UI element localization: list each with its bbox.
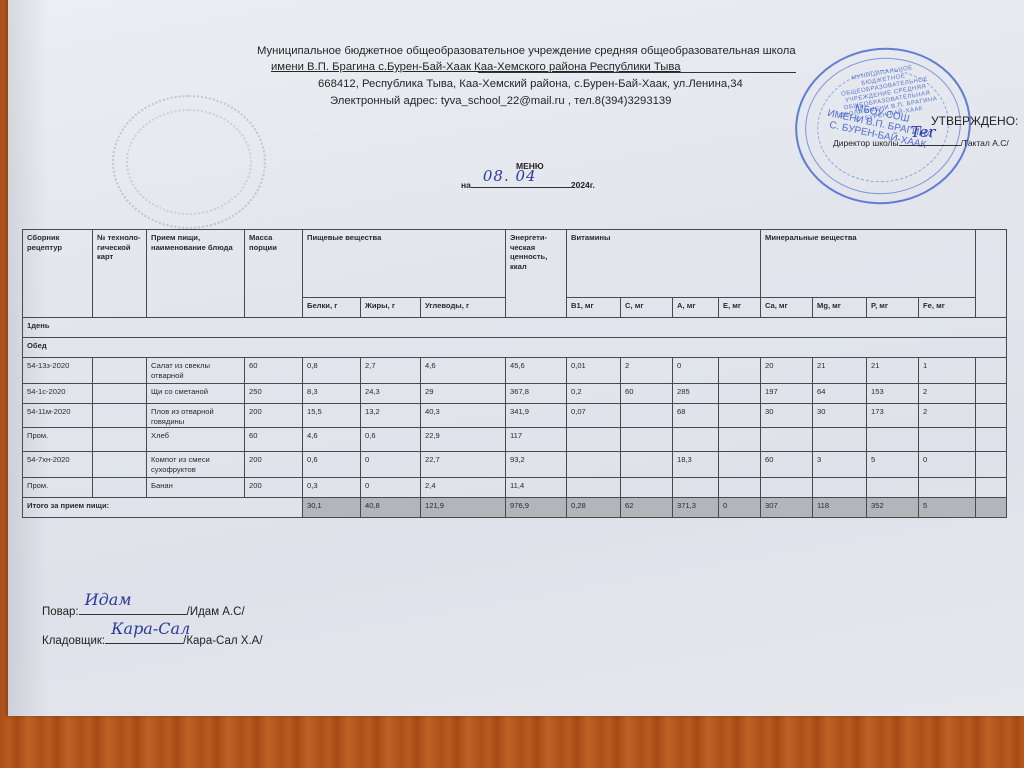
header-underline bbox=[478, 72, 796, 73]
cell-a bbox=[672, 427, 719, 452]
total-protein: 30,1 bbox=[302, 497, 361, 518]
cell-mg bbox=[812, 427, 867, 452]
cell-energy: 117 bbox=[505, 427, 567, 452]
cell-fe bbox=[918, 427, 976, 452]
cell-fat: 13,2 bbox=[360, 403, 421, 428]
total-c: 62 bbox=[620, 497, 673, 518]
cell-protein: 0,3 bbox=[302, 477, 361, 498]
cell-ca bbox=[760, 427, 813, 452]
cook-signature-line: Повар:Идам/Идам А.С/ bbox=[42, 602, 245, 618]
cell-fe: 2 bbox=[918, 403, 976, 428]
cell-tech bbox=[92, 477, 147, 498]
cell-portion: 60 bbox=[244, 427, 303, 452]
cell-tech bbox=[92, 403, 147, 428]
cell-ca bbox=[760, 477, 813, 498]
total-label: Итого за прием пищи: bbox=[22, 497, 303, 518]
cell-dish: Щи со сметаной bbox=[146, 383, 245, 404]
cell-c bbox=[620, 477, 673, 498]
cell-b1: 0,07 bbox=[566, 403, 621, 428]
cell-carbs: 40,3 bbox=[420, 403, 506, 428]
header-tech-card: № техноло-гической карт bbox=[92, 229, 147, 318]
cell-energy: 367,8 bbox=[505, 383, 567, 404]
subheader-a: A, мг bbox=[672, 297, 719, 318]
header-minerals: Минеральные вещества bbox=[760, 229, 976, 298]
storekeeper-label: Кладовщик: bbox=[42, 635, 105, 647]
cell-mg: 64 bbox=[812, 383, 867, 404]
header-energy: Энергети-ческая ценность, ккал bbox=[505, 229, 567, 318]
cook-signature: Идам bbox=[85, 590, 132, 609]
cell-c bbox=[620, 451, 673, 478]
cell-e bbox=[718, 477, 761, 498]
header-portion: Масса порции bbox=[244, 229, 303, 318]
subheader-fat: Жиры, г bbox=[360, 297, 421, 318]
cell-fe bbox=[918, 477, 976, 498]
cell-extra bbox=[975, 427, 1007, 452]
cell-ca: 197 bbox=[760, 383, 813, 404]
total-p: 352 bbox=[866, 497, 919, 518]
date-prefix: на bbox=[461, 180, 471, 190]
cell-carbs: 4,6 bbox=[420, 357, 506, 384]
cell-dish: Салат из свеклы отварной bbox=[146, 357, 245, 384]
cell-b1: 0,01 bbox=[566, 357, 621, 384]
cell-p: 153 bbox=[866, 383, 919, 404]
cell-carbs: 22,9 bbox=[420, 427, 506, 452]
faded-stamp-imprint bbox=[112, 95, 266, 229]
cell-a: 68 bbox=[672, 403, 719, 428]
cell-mg: 3 bbox=[812, 451, 867, 478]
cell-ca: 60 bbox=[760, 451, 813, 478]
subheader-c: C, мг bbox=[620, 297, 673, 318]
cell-mg bbox=[812, 477, 867, 498]
cell-collection: 54-7хн-2020 bbox=[22, 451, 93, 478]
header-meal-dish: Прием пищи, наименование блюда bbox=[146, 229, 245, 318]
subheader-b1: B1, мг bbox=[566, 297, 621, 318]
total-b1: 0,28 bbox=[566, 497, 621, 518]
school-name-line-1: Муниципальное бюджетное общеобразователь… bbox=[257, 45, 796, 57]
cell-mg: 21 bbox=[812, 357, 867, 384]
cell-e bbox=[718, 427, 761, 452]
cell-a bbox=[672, 477, 719, 498]
total-extra bbox=[975, 497, 1007, 518]
header-nutrients: Пищевые вещества bbox=[302, 229, 506, 298]
school-address: 668412, Республика Тыва, Каа-Хемский рай… bbox=[318, 78, 743, 90]
total-energy: 976,9 bbox=[505, 497, 567, 518]
cell-e bbox=[718, 357, 761, 384]
cell-tech bbox=[92, 383, 147, 404]
cell-b1 bbox=[566, 477, 621, 498]
cell-fe: 1 bbox=[918, 357, 976, 384]
cook-name: /Идам А.С/ bbox=[187, 606, 245, 618]
header-extra bbox=[975, 229, 1007, 318]
director-label: Директор школы bbox=[833, 138, 899, 148]
cell-dish: Компот из смеси сухофруктов bbox=[146, 451, 245, 478]
storekeeper-signature: Кара-Сал bbox=[111, 619, 190, 638]
cell-protein: 4,6 bbox=[302, 427, 361, 452]
cell-portion: 250 bbox=[244, 383, 303, 404]
cell-b1 bbox=[566, 427, 621, 452]
header-collection: Сборник рецептур bbox=[22, 229, 93, 318]
cell-extra bbox=[975, 451, 1007, 478]
total-ca: 307 bbox=[760, 497, 813, 518]
director-name: /Тактал А.С/ bbox=[961, 138, 1009, 148]
cell-a: 285 bbox=[672, 383, 719, 404]
date-blank: 08. 04 bbox=[471, 177, 571, 188]
date-handwritten: 08. 04 bbox=[483, 167, 537, 185]
cell-fat: 0 bbox=[360, 477, 421, 498]
director-signature-line: Директор школыTer/Тактал А.С/ bbox=[833, 137, 1009, 148]
cell-dish: Плов из отварной говядины bbox=[146, 403, 245, 428]
cell-p bbox=[866, 427, 919, 452]
storekeeper-signature-line: Кладовщик:Кара-Сал/Кара-Сал Х.А/ bbox=[42, 631, 263, 647]
cell-fat: 2,7 bbox=[360, 357, 421, 384]
total-e: 0 bbox=[718, 497, 761, 518]
date-suffix: 2024г. bbox=[571, 180, 595, 190]
total-carbs: 121,9 bbox=[420, 497, 506, 518]
cell-tech bbox=[92, 357, 147, 384]
cell-fe: 2 bbox=[918, 383, 976, 404]
total-fe: 5 bbox=[918, 497, 976, 518]
cell-energy: 45,6 bbox=[505, 357, 567, 384]
cell-energy: 11,4 bbox=[505, 477, 567, 498]
storekeeper-name: /Кара-Сал Х.А/ bbox=[183, 635, 262, 647]
cell-extra bbox=[975, 403, 1007, 428]
cell-protein: 0,6 bbox=[302, 451, 361, 478]
subheader-p: P, мг bbox=[866, 297, 919, 318]
cell-p bbox=[866, 477, 919, 498]
cell-extra bbox=[975, 383, 1007, 404]
cell-c bbox=[620, 403, 673, 428]
total-mg: 118 bbox=[812, 497, 867, 518]
cell-extra bbox=[975, 477, 1007, 498]
cell-extra bbox=[975, 357, 1007, 384]
meal-row: Обед bbox=[22, 337, 1007, 358]
cell-portion: 200 bbox=[244, 403, 303, 428]
cell-e bbox=[718, 383, 761, 404]
director-signature: Ter bbox=[911, 123, 936, 141]
director-signature-blank: Ter bbox=[899, 137, 961, 146]
subheader-protein: Белки, г bbox=[302, 297, 361, 318]
cell-dish: Хлеб bbox=[146, 427, 245, 452]
cell-c bbox=[620, 427, 673, 452]
cell-collection: 54-11м-2020 bbox=[22, 403, 93, 428]
subheader-mg: Mg, мг bbox=[812, 297, 867, 318]
subheader-ca: Ca, мг bbox=[760, 297, 813, 318]
storekeeper-signature-blank: Кара-Сал bbox=[105, 631, 183, 644]
cell-portion: 60 bbox=[244, 357, 303, 384]
school-contacts: Электронный адрес: tyva_school_22@mail.r… bbox=[330, 95, 671, 107]
cell-protein: 0,8 bbox=[302, 357, 361, 384]
cell-collection: Пром. bbox=[22, 427, 93, 452]
cell-carbs: 2,4 bbox=[420, 477, 506, 498]
cell-a: 0 bbox=[672, 357, 719, 384]
subheader-e: E, мг bbox=[718, 297, 761, 318]
total-a: 371,3 bbox=[672, 497, 719, 518]
subheader-fe: Fe, мг bbox=[918, 297, 976, 318]
cell-protein: 8,3 bbox=[302, 383, 361, 404]
cell-tech bbox=[92, 427, 147, 452]
cell-fe: 0 bbox=[918, 451, 976, 478]
cell-energy: 341,9 bbox=[505, 403, 567, 428]
cell-portion: 200 bbox=[244, 477, 303, 498]
cell-p: 21 bbox=[866, 357, 919, 384]
day-row: 1день bbox=[22, 317, 1007, 338]
total-fat: 40,8 bbox=[360, 497, 421, 518]
subheader-carbs: Углеводы, г bbox=[420, 297, 506, 318]
cell-collection: 54-13з-2020 bbox=[22, 357, 93, 384]
cell-fat: 24,3 bbox=[360, 383, 421, 404]
cell-e bbox=[718, 403, 761, 428]
cell-mg: 30 bbox=[812, 403, 867, 428]
cell-p: 173 bbox=[866, 403, 919, 428]
cell-ca: 30 bbox=[760, 403, 813, 428]
cell-protein: 15,5 bbox=[302, 403, 361, 428]
cell-fat: 0 bbox=[360, 451, 421, 478]
cell-a: 18,3 bbox=[672, 451, 719, 478]
cell-b1: 0,2 bbox=[566, 383, 621, 404]
cell-energy: 93,2 bbox=[505, 451, 567, 478]
cell-collection: Пром. bbox=[22, 477, 93, 498]
cell-b1 bbox=[566, 451, 621, 478]
cell-portion: 200 bbox=[244, 451, 303, 478]
cell-dish: Банан bbox=[146, 477, 245, 498]
cook-signature-blank: Идам bbox=[79, 602, 187, 615]
cell-carbs: 29 bbox=[420, 383, 506, 404]
cell-ca: 20 bbox=[760, 357, 813, 384]
cell-tech bbox=[92, 451, 147, 478]
cell-c: 60 bbox=[620, 383, 673, 404]
cell-carbs: 22,7 bbox=[420, 451, 506, 478]
cell-p: 5 bbox=[866, 451, 919, 478]
header-vitamins: Витамины bbox=[566, 229, 761, 298]
menu-date: на08. 042024г. bbox=[461, 177, 595, 190]
cell-c: 2 bbox=[620, 357, 673, 384]
cell-fat: 0,6 bbox=[360, 427, 421, 452]
approval-label: УТВЕРЖДЕНО: bbox=[931, 114, 1018, 128]
cell-collection: 54-1с-2020 bbox=[22, 383, 93, 404]
cook-label: Повар: bbox=[42, 606, 79, 618]
cell-e bbox=[718, 451, 761, 478]
